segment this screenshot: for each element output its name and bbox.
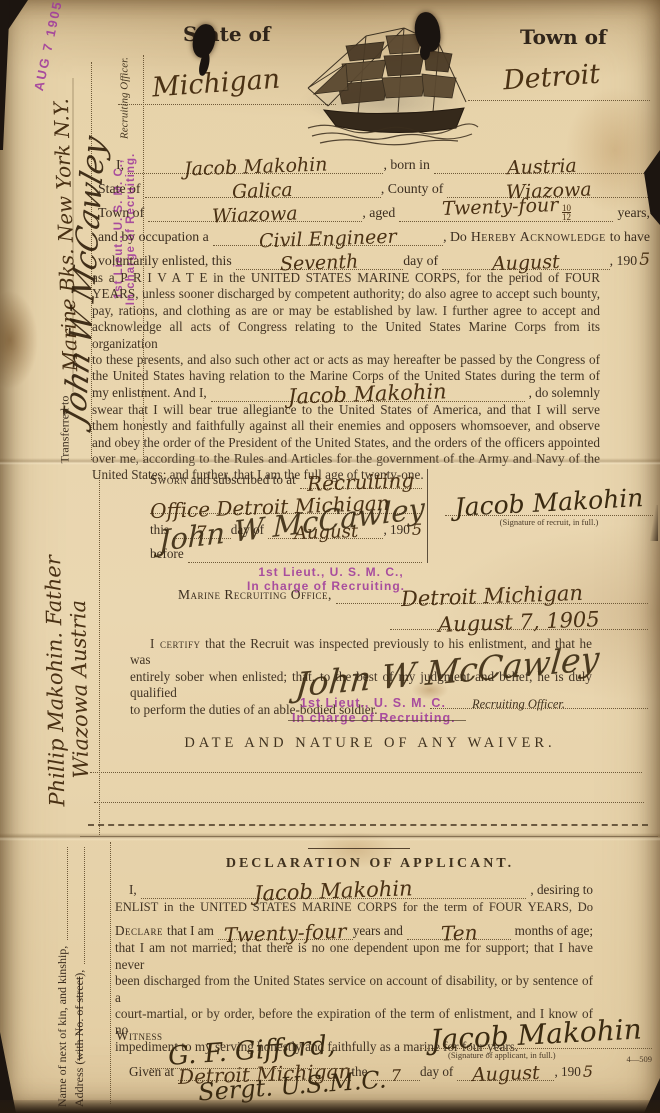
enlist-line-3: Town of Wiazowa , aged Twenty-four1012 y… [98,198,650,222]
recruiting-officer-label: Recruiting Officer. [119,46,131,151]
address-label-post: ), [72,966,88,977]
sworn-place-line1: Recruiting [307,471,415,493]
recruit-name: Jacob Makohin [184,156,328,178]
decl-line-3: Declare that I am Twenty-four years and … [115,915,593,940]
oath-name-line: my enlistment. And I, Jacob Makohin , do… [92,385,600,402]
recruit-name-fill: Jacob Makohin [128,156,383,174]
l5-mid: day of [403,253,442,270]
sworn-place1-fill: Recruiting [300,470,422,489]
waiver-line-1 [90,772,642,773]
office-line-1: Marine Recruiting Office, Detroit Michig… [178,580,648,604]
oath-post: , do solemnly [525,385,600,402]
kin-label-row: Name of next of kin, and kinship, [54,845,71,1107]
body-line-1: as a P R I V A T E in the UNITED STATES … [92,270,600,286]
given-year-pre: , 190 [554,1064,582,1081]
declaration-top-rule [308,848,410,849]
sworn-label-and-text: Sworn and subscribed to at [150,472,300,489]
decl-l3-mid: years and [353,923,407,940]
certify-stamp-strike [288,720,466,721]
sworn-brace [427,469,428,563]
decl-line-1: I, Jacob Makohin , desiring to [115,874,593,899]
margin-dotted-rule-mid [99,470,100,835]
sworn-stamp-line1: 1st Lieut., U. S. M. C., [240,565,422,579]
applicant-name-fill: Jacob Makohin [141,879,527,899]
certify-stamp-line1: 1st Lieut., U. S. M. C. [300,696,446,710]
enlist-line-5: voluntarily enlisted, this Seventh day o… [98,246,650,270]
certify-label: I certify [150,636,201,651]
l3-post: years, [613,205,650,222]
l3-pre: Town of [98,205,148,222]
decl-age-months: Ten [440,924,477,943]
enlistment-body: as a P R I V A T E in the UNITED STATES … [92,270,600,484]
decl-age-months-fill: Ten [407,921,511,940]
given-year-digit: 5 [583,1062,593,1081]
l4-smallcaps: Hereby Acknowledge [467,229,610,246]
birth-country-fill: Austria [434,156,650,174]
oath-line-2: them honestly and faithfully against all… [92,418,600,434]
decl-l1-post: , desiring to [526,882,593,899]
office-block: Marine Recruiting Office, Detroit Michig… [178,580,648,630]
enlist-year-digit: 5 [639,250,650,270]
next-of-kin-address: Wiazowa Austria [64,471,93,778]
decl-l3-pre: that I am [167,923,218,940]
applicant-signature-block: Jacob Makohin (Signature of applicant, i… [420,1018,652,1064]
fold-crease-bottom [0,833,660,841]
enlist-line-4: and by occupation a Civil Engineer , Do … [98,222,650,246]
office-date-fill: August 7, 1905 [390,610,648,630]
l1-pre: I, [98,157,128,174]
occupation: Civil Engineer [259,229,397,251]
decl-l1-pre: I, [115,882,141,899]
enlist-day-fill: Seventh [236,252,403,270]
decl-body-line-1: that I am not married; that there is no … [115,940,593,973]
address-label-leader [84,847,85,964]
office-label: Marine Recruiting Office, [178,587,336,604]
enlistment-form: I, Jacob Makohin , born in Austria State… [98,150,650,270]
decl-age-years: Twenty-four [224,922,347,944]
sailing-ship-engraving [306,24,482,146]
bottom-edge-shadow [0,1100,660,1113]
l5-year-pre: , 190 [610,253,640,270]
witness-signature-rule [150,1068,350,1069]
form-number: 4—509 [627,1054,653,1064]
office-date: August 7, 1905 [438,610,600,635]
office-location: Detroit Michigan [401,584,583,609]
l3-mid: , aged [362,205,399,222]
town-label: Town of [520,25,607,49]
occupation-fill: Civil Engineer [213,228,443,246]
body-line-4: acknowledge all acts of Congress relatin… [92,319,600,352]
town-value-rule [468,100,650,101]
body-line-5: to these presents, and also such other a… [92,352,600,368]
oath-name: Jacob Makohin [288,382,447,406]
kin-label-leader [67,847,68,940]
waiver-heading: DATE AND NATURE OF ANY WAIVER. [92,735,648,752]
enlistment-document: State of Town of Michigan Detroit [0,0,660,1113]
address-label-row: Address ( with No. of street ), [71,845,88,1107]
given-month-fill: August [457,1063,554,1081]
waiver-line-3 [88,824,648,826]
recruit-signature-block: Jacob Makohin (Signature of recruit, in … [445,488,653,527]
oath-line-3: and obey the order of the President of t… [92,435,600,451]
decl-age-years-fill: Twenty-four [218,921,353,940]
l4-post: to have [610,229,650,246]
birth-country: Austria [507,158,577,178]
given-mid2: day of [420,1064,457,1081]
age-years: Twenty-four [441,197,558,218]
edge-tear-left [0,0,10,150]
enlist-month-fill: August [442,252,609,270]
kin-label: Name of next of kin, and kinship, [55,942,71,1107]
age-fraction: 1012 [562,204,571,221]
sworn-line1-rest: and subscribed to at [191,472,296,487]
decl-l3-label: Declare [115,923,167,940]
l4-mid: , Do [443,229,467,246]
oath-name-fill: Jacob Makohin [211,382,525,402]
birth-state: Galica [232,182,293,201]
margin-dotted-rule-lower [110,842,111,1104]
l1-mid: , born in [383,157,433,174]
l4-pre: and by occupation a [98,229,213,246]
sworn-label: Sworn [150,472,187,487]
enlist-line-2: State of Galica , County of Wiazowa [98,174,650,198]
certify-officer-title: Recruiting Officer. [472,697,565,712]
declaration-heading: DECLARATION OF APPLICANT. [92,856,648,872]
enlist-line-1: I, Jacob Makohin , born in Austria [98,150,650,174]
next-of-kin-entry: Phillip Makohin. Father Wiazowa Austria [43,472,91,807]
right-edge-crack [650,505,658,541]
birth-state-fill: Galica [145,180,381,198]
address-label-struck: with No. of street [72,977,88,1061]
body-line-3: pay, rations, and clothing as are or may… [92,303,600,319]
witness-label: Witness [116,1028,162,1044]
state-value: Michigan [151,64,281,104]
given-day: 7 [390,1069,401,1084]
body-line-2: YEARS, unless sooner discharged by compe… [92,286,600,302]
waiver-line-2 [94,802,644,803]
oath-pre: my enlistment. And I, [92,385,211,402]
town-value: Detroit [502,59,601,97]
office-location-fill: Detroit Michigan [336,584,648,604]
l2-pre: State of [98,181,145,198]
certify-stamp-line2: In charge of Recruiting. [292,711,456,725]
next-of-kin-labels: Name of next of kin, and kinship, Addres… [54,845,88,1107]
sworn-officer-sig-fill [188,562,422,563]
decl-body-line-2: been discharged from the United States s… [115,973,593,1006]
birth-town: Wiazowa [212,205,298,225]
given-month: August [472,1065,540,1084]
punch-hole-2-tail [420,44,430,60]
l5-pre: voluntarily enlisted, this [98,253,236,270]
section-divider-line [80,836,658,837]
decl-l3-post: months of age; [511,923,593,940]
sworn-line-1: Sworn and subscribed to at Recruiting [150,467,422,489]
fold-crease-top [0,458,660,465]
applicant-name: Jacob Makohin [254,879,413,903]
birth-town-fill: Wiazowa [148,204,362,222]
